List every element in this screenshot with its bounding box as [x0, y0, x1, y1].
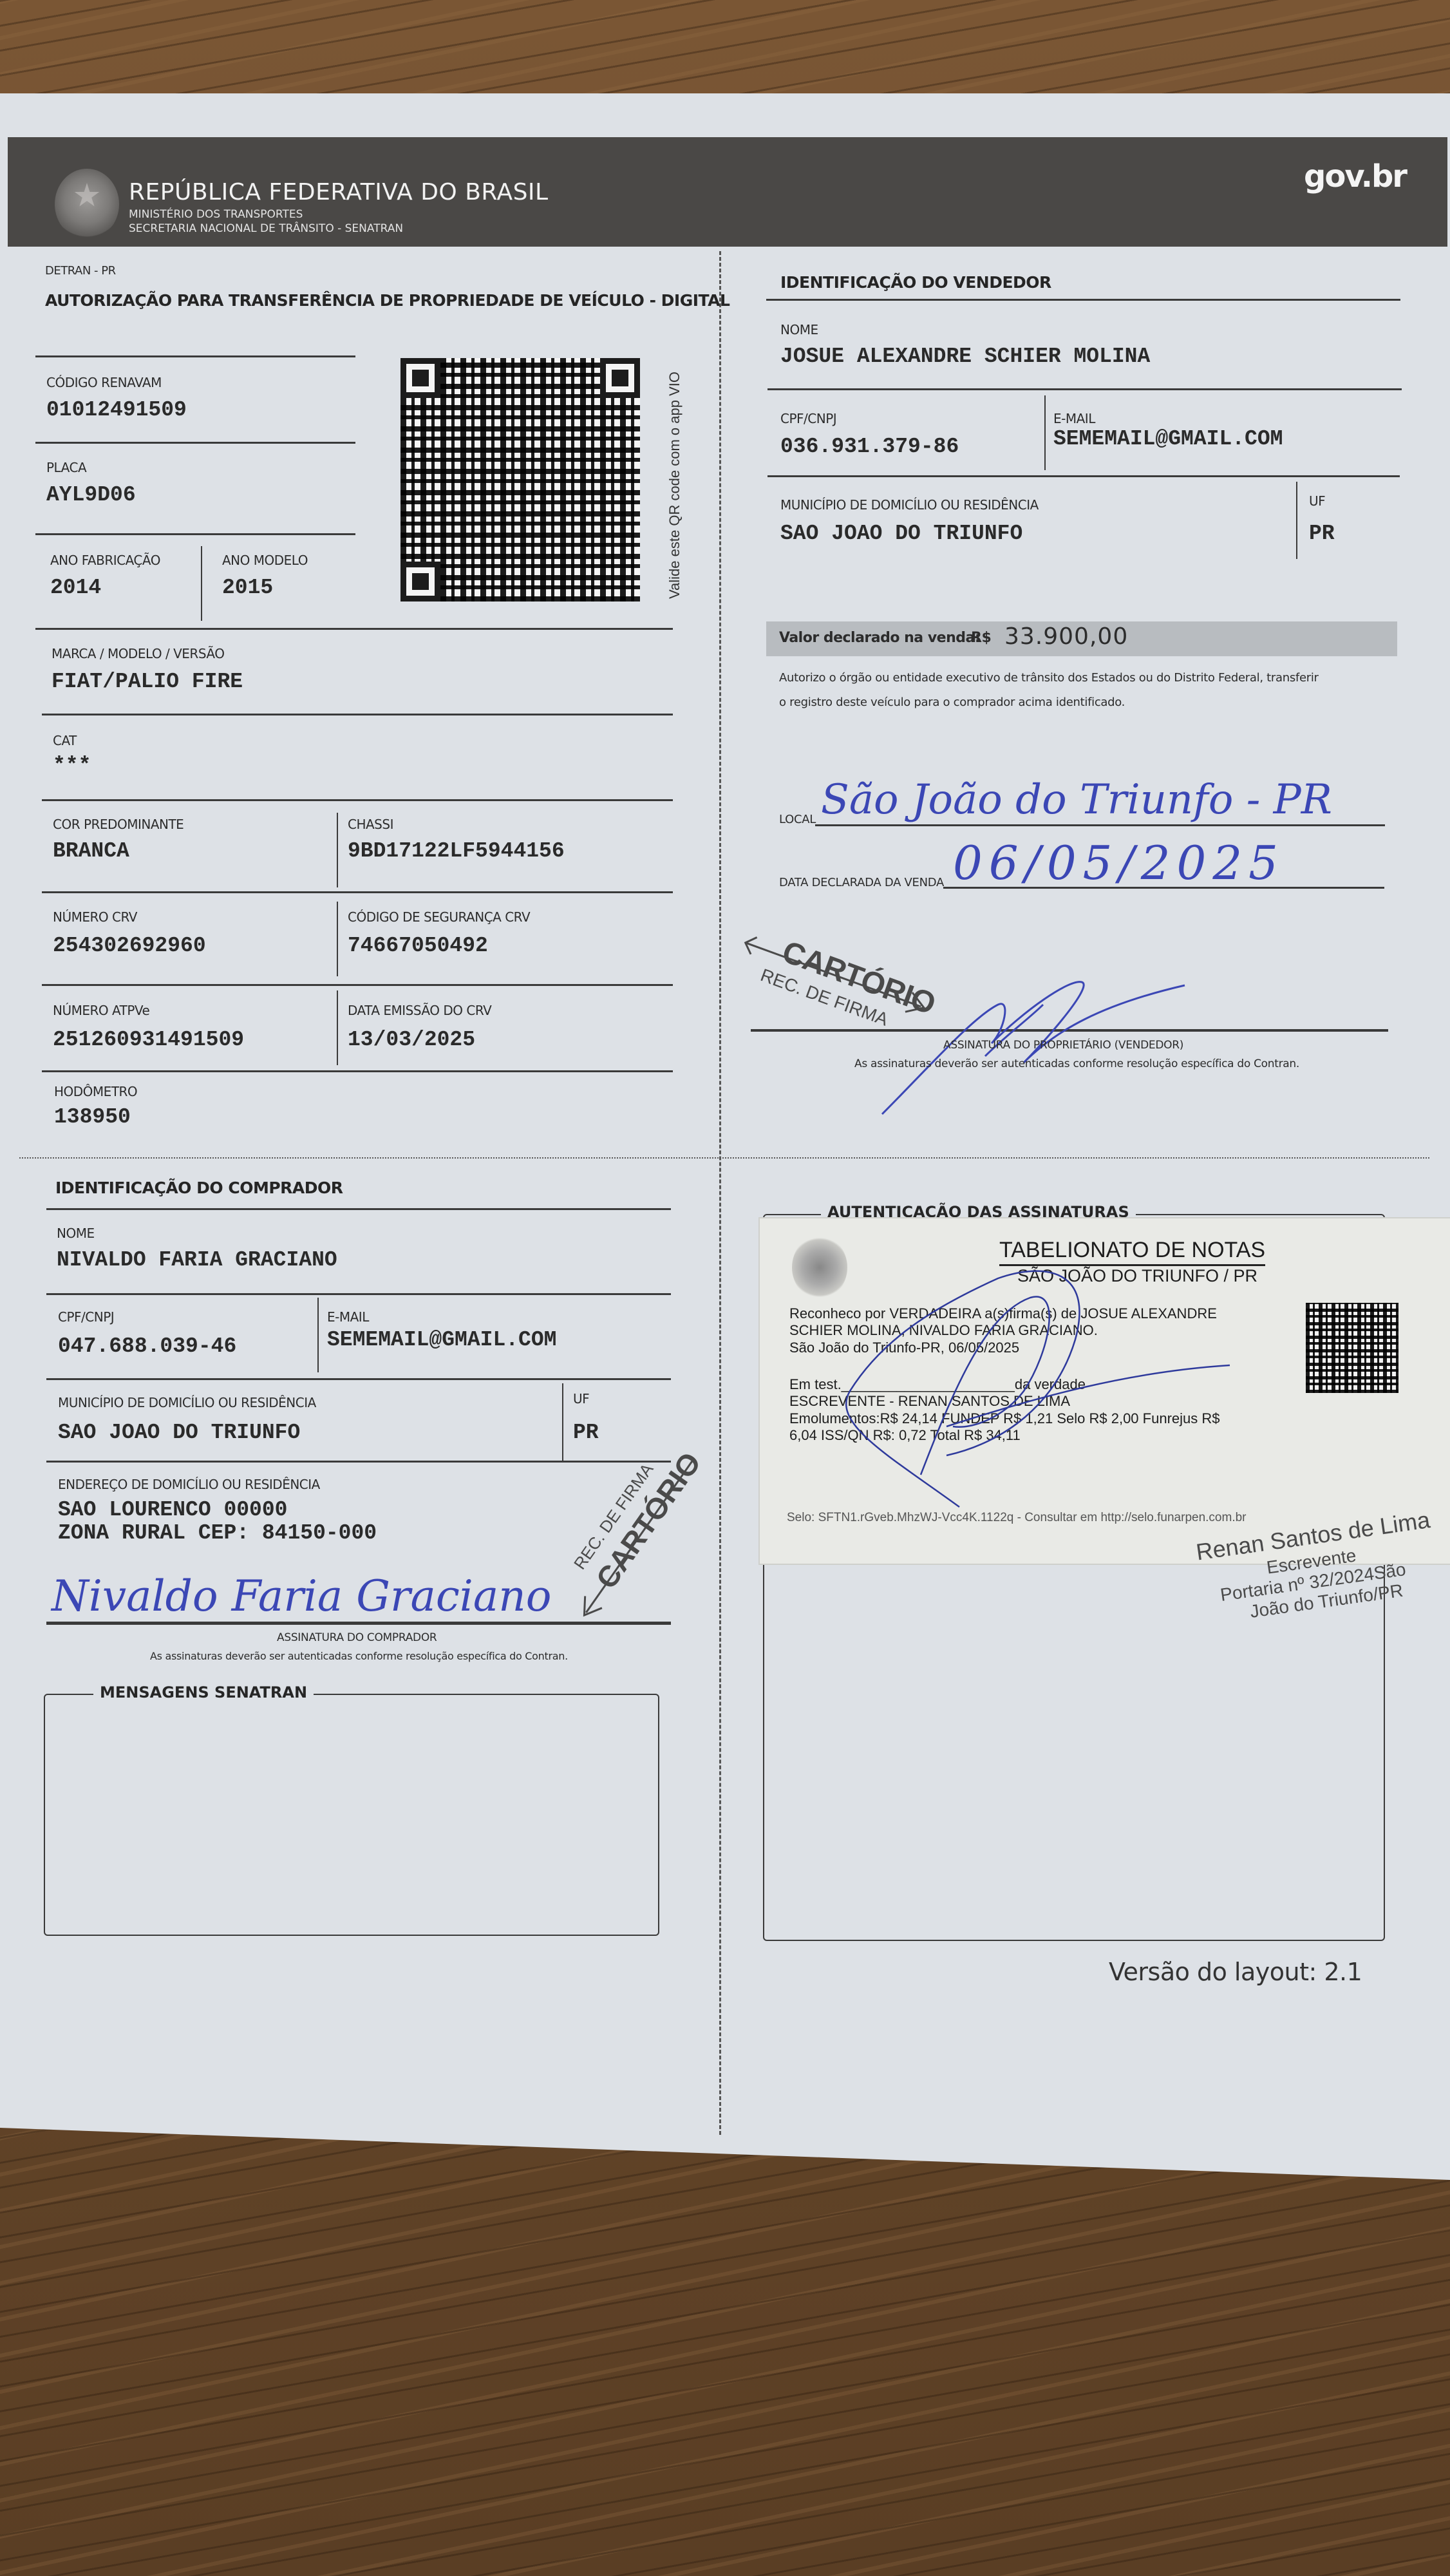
buyer-cpf-value: 047.688.039-46 — [58, 1334, 236, 1358]
divider — [42, 984, 673, 986]
numero-atpve-value: 251260931491509 — [53, 1028, 244, 1052]
authorization-text-line1: Autorizo o órgão ou entidade executivo d… — [779, 671, 1319, 685]
codigo-seguranca-value: 74667050492 — [348, 934, 488, 958]
divider — [767, 475, 1400, 477]
seller-section-title: IDENTIFICAÇÃO DO VENDEDOR — [780, 273, 1051, 292]
notary-qr-code[interactable] — [1306, 1303, 1398, 1393]
ano-fabricacao-value: 2014 — [50, 576, 101, 600]
divider — [46, 1293, 671, 1295]
horizontal-cut-line — [19, 1157, 1429, 1159]
seller-name-value: JOSUE ALEXANDRE SCHIER MOLINA — [780, 345, 1150, 368]
document-title: AUTORIZAÇÃO PARA TRANSFERÊNCIA DE PROPRI… — [45, 291, 730, 310]
ano-fabricacao-label: ANO FABRICAÇÃO — [50, 553, 160, 568]
sale-date-label: DATA DECLARADA DA VENDA — [779, 876, 944, 889]
placa-value: AYL9D06 — [46, 483, 136, 507]
senatran-messages-box — [44, 1694, 659, 1936]
divider — [35, 442, 355, 444]
divider — [42, 799, 673, 801]
buyer-address-line1: SAO LOURENCO 00000 — [58, 1498, 287, 1522]
codigo-seguranca-label: CÓDIGO DE SEGURANÇA CRV — [348, 909, 530, 925]
divider — [35, 628, 673, 630]
senatran-messages-title: MENSAGENS SENATRAN — [93, 1683, 314, 1701]
divider — [35, 355, 355, 357]
buyer-signature-label: ASSINATURA DO COMPRADOR — [277, 1631, 437, 1644]
govbr-logo: gov.br — [1304, 158, 1406, 194]
divider — [337, 902, 338, 976]
cat-value: *** — [53, 753, 91, 777]
divider — [337, 990, 338, 1065]
qr-validation-note: Valide este QR code com o app VIO — [666, 372, 683, 599]
declared-value-label: Valor declarado na venda: — [779, 630, 980, 646]
divider — [201, 546, 202, 621]
divider — [317, 1298, 319, 1372]
declared-value-amount: 33.900,00 — [1004, 623, 1128, 650]
buyer-uf-value: PR — [573, 1421, 599, 1444]
declared-value-currency: R$ — [971, 630, 991, 646]
buyer-signature-note: As assinaturas deverão ser autenticadas … — [150, 1650, 568, 1662]
buyer-signature-line — [46, 1622, 671, 1625]
seller-cpf-value: 036.931.379-86 — [780, 435, 959, 459]
seller-municipio-value: SAO JOAO DO TRIUNFO — [780, 522, 1022, 545]
chassi-value: 9BD17122LF5944156 — [348, 839, 565, 863]
seller-municipio-label: MUNICÍPIO DE DOMICÍLIO OU RESIDÊNCIA — [780, 497, 1039, 513]
local-line — [815, 824, 1385, 826]
seller-email-value: SEMEMAIL@GMAIL.COM — [1053, 427, 1283, 451]
chassi-label: CHASSI — [348, 817, 393, 832]
validation-qr-code[interactable] — [400, 358, 640, 601]
divider — [46, 1208, 671, 1210]
coat-of-arms-icon — [55, 169, 119, 240]
buyer-uf-label: UF — [573, 1391, 589, 1406]
buyer-name-label: NOME — [57, 1226, 95, 1241]
marca-modelo-label: MARCA / MODELO / VERSÃO — [52, 646, 224, 661]
ministry-name: MINISTÉRIO DOS TRANSPORTES — [129, 208, 303, 221]
divider — [35, 533, 355, 535]
divider — [337, 813, 338, 887]
numero-crv-label: NÚMERO CRV — [53, 909, 137, 925]
seller-email-label: E-MAIL — [1053, 411, 1095, 426]
data-emissao-label: DATA EMISSÃO DO CRV — [348, 1003, 491, 1018]
seller-signature-note: As assinaturas deverão ser autenticadas … — [854, 1057, 1299, 1070]
authorization-text-line2: o registro deste veículo para o comprado… — [779, 696, 1125, 709]
local-label: LOCAL — [779, 813, 816, 826]
divider — [1296, 482, 1297, 559]
numero-atpve-label: NÚMERO ATPVe — [53, 1003, 149, 1018]
notary-seal: Selo: SFTN1.rGveb.MhzWJ-Vcc4K.1122q - Co… — [787, 1511, 1247, 1525]
seller-cpf-label: CPF/CNPJ — [780, 411, 836, 426]
buyer-name-value: NIVALDO FARIA GRACIANO — [57, 1248, 337, 1272]
cor-value: BRANCA — [53, 839, 129, 863]
layout-version: Versão do layout: 2.1 — [1109, 1958, 1362, 1986]
renavam-value: 01012491509 — [46, 398, 187, 422]
local-handwritten: São João do Triunfo - PR — [821, 776, 1332, 824]
sale-date-handwritten: 06/05/2025 — [953, 836, 1285, 890]
divider — [42, 714, 673, 715]
divider — [766, 299, 1400, 301]
secretariat-name: SECRETARIA NACIONAL DE TRÂNSITO - SENATR… — [129, 222, 403, 235]
renavam-label: CÓDIGO RENAVAM — [46, 375, 162, 390]
cat-label: CAT — [53, 733, 77, 748]
ano-modelo-value: 2015 — [222, 576, 273, 600]
buyer-address-line2: ZONA RURAL CEP: 84150-000 — [58, 1521, 377, 1545]
buyer-municipio-value: SAO JOAO DO TRIUNFO — [58, 1421, 300, 1444]
seller-uf-label: UF — [1309, 493, 1325, 509]
data-emissao-value: 13/03/2025 — [348, 1028, 475, 1052]
divider — [562, 1383, 563, 1461]
hodometro-value: 138950 — [54, 1105, 131, 1129]
divider — [767, 388, 1402, 390]
divider — [1044, 395, 1046, 470]
buyer-address-label: ENDEREÇO DE DOMICÍLIO OU RESIDÊNCIA — [58, 1477, 320, 1492]
divider — [46, 1378, 671, 1380]
buyer-cpf-label: CPF/CNPJ — [58, 1309, 114, 1325]
buyer-email-label: E-MAIL — [327, 1309, 369, 1325]
buyer-municipio-label: MUNICÍPIO DE DOMICÍLIO OU RESIDÊNCIA — [58, 1395, 316, 1410]
ano-modelo-label: ANO MODELO — [222, 553, 308, 568]
country-title: REPÚBLICA FEDERATIVA DO BRASIL — [129, 179, 549, 205]
buyer-section-title: IDENTIFICAÇÃO DO COMPRADOR — [55, 1179, 343, 1197]
cor-label: COR PREDOMINANTE — [53, 817, 184, 832]
seller-name-label: NOME — [780, 322, 818, 337]
numero-crv-value: 254302692960 — [53, 934, 206, 958]
notary-signature — [792, 1262, 1243, 1475]
buyer-email-value: SEMEMAIL@GMAIL.COM — [327, 1328, 556, 1352]
vertical-cut-line — [719, 251, 721, 2135]
seller-signature-label: ASSINATURA DO PROPRIETÁRIO (VENDEDOR) — [943, 1039, 1183, 1052]
divider — [42, 891, 673, 893]
marca-modelo-value: FIAT/PALIO FIRE — [52, 670, 243, 694]
placa-label: PLACA — [46, 460, 86, 475]
divider — [42, 1070, 673, 1072]
buyer-signature: Nivaldo Faria Graciano — [52, 1571, 552, 1621]
seller-uf-value: PR — [1309, 522, 1335, 545]
hodometro-label: HODÔMETRO — [54, 1084, 137, 1099]
divider — [46, 1461, 671, 1463]
agency-label: DETRAN - PR — [45, 264, 116, 278]
